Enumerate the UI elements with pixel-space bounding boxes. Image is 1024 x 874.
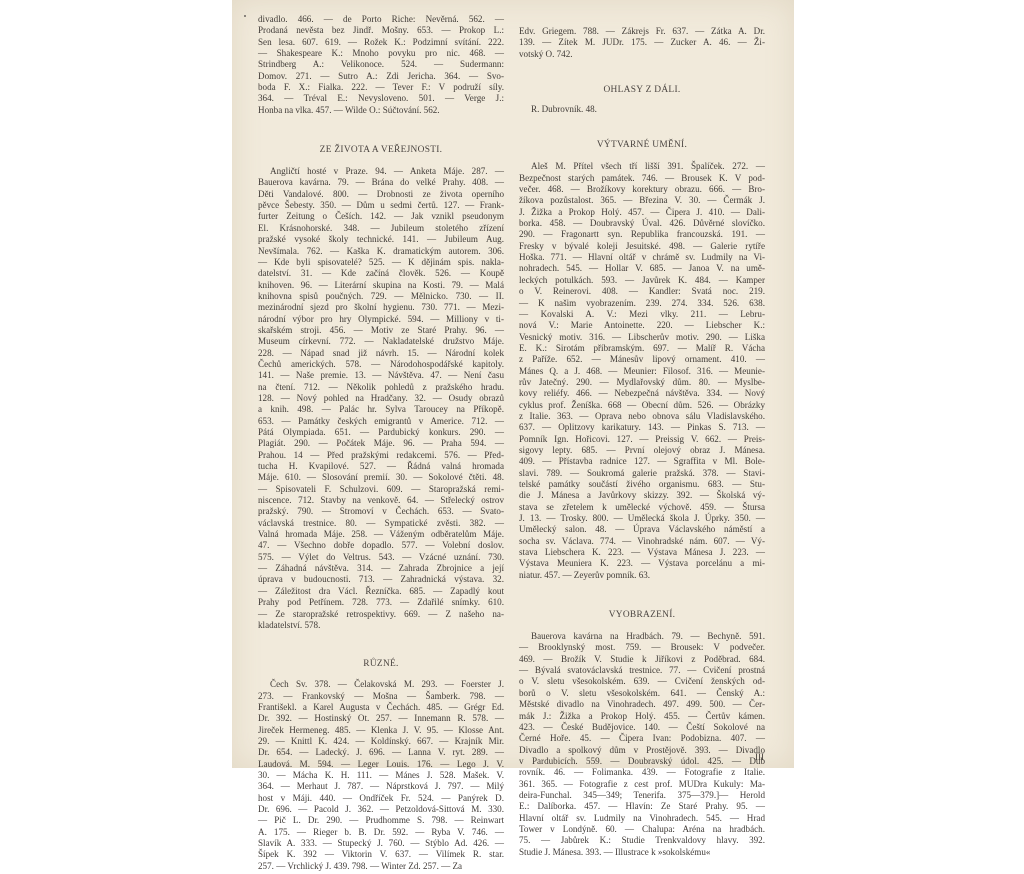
text-line: nová V.: Marie Antoinette. 220. — Liebsc… — [519, 320, 765, 331]
section-lines: Angličtí hosté v Praze. 94. — Anketa Máj… — [258, 166, 504, 631]
text-line: Prahou. 14 — Před pražskými redakcemi. 5… — [258, 450, 504, 461]
text-line: — Spisovateli F. Schulzovi. 609. — Staro… — [258, 484, 504, 495]
text-line: Bauerova kavárna na Hradbách. 79. — Bech… — [519, 631, 765, 642]
section-continuation-right: Edv. Griegem. 788. — Zákrejs Fr. 637. — … — [519, 0, 765, 60]
text-line: 423. — České Budějovice. 140. — Čeští So… — [519, 722, 765, 733]
text-line: Strindberg A.: Velikonoce. 524. — Suderm… — [258, 59, 504, 70]
text-line: niscence. 712. Stavby na venkově. 64. — … — [258, 495, 504, 506]
text-line: rův Jatečný. 290. — Mydlařovský dům. 80.… — [519, 377, 765, 388]
text-line: Umělecký salon. 48. — Úprava Václavského… — [519, 524, 765, 535]
text-line: skařském stroji. 456. — Motiv ze Staré P… — [258, 325, 504, 336]
text-line: a knih. 498. — Palác hr. Sylva Taroucey … — [258, 404, 504, 415]
text-line: J. Žižka a Prokop Holý. 457. — Čipera J.… — [519, 207, 765, 218]
text-line: borů o V. sletu všesokolském. 641. — Čen… — [519, 688, 765, 699]
text-line: — Kde byli spisovatelé? 525. — K dějinám… — [258, 257, 504, 268]
text-line: Bezpečnost starých památek. 746. — Brous… — [519, 173, 765, 184]
text-line: — Bývalá svatováclavská trestnice. 77. —… — [519, 665, 765, 676]
text-line: 469. — Brožík V. Studie k Jiříkovi z Pod… — [519, 654, 765, 665]
section-heading: OHLASY Z DÁLI. — [519, 85, 765, 97]
text-line: niatur. 457. — Zeyerův pomník. 63. — [519, 570, 765, 581]
text-line: — Záhadná návštěva. 314. — Zahrada Zbroj… — [258, 563, 504, 574]
text-line: Dr. 392. — Hostinský Ot. 257. — Innemann… — [258, 713, 504, 724]
text-line: Jireček Hermeneg. 485. — Klenka J. V. 95… — [258, 725, 504, 736]
text-line: Nevšímala. 762. — Kaška K. dramatickým a… — [258, 246, 504, 257]
section-vytvarne-umeni: VÝTVARNÉ UMĚNÍ. Aleš M. Přítel všech tří… — [519, 117, 765, 581]
section-lines: Aleš M. Přítel všech tří lišší 391. Špal… — [519, 161, 765, 581]
text-line: Sen lesa. 607. 619. — Rožek K.: Podzimní… — [258, 37, 504, 48]
text-line: Hoška. 771. — Hlavní oltář v chrámě sv. … — [519, 252, 765, 263]
text-line: na čtení. 712. — Několik pohledů z pražs… — [258, 382, 504, 393]
section-lines: Bauerova kavárna na Hradbách. 79. — Bech… — [519, 631, 765, 768]
text-line: 409. — Přístavba radnice 127. — Sgraffit… — [519, 456, 765, 467]
text-line: nohradech. 545. — Hollar V. 685. — Janoa… — [519, 263, 765, 274]
text-line: Domov. 271. — Sutro A.: Zdi Jericha. 364… — [258, 71, 504, 82]
text-line: Fresky v bývalé koleji Jesuitské. 498. —… — [519, 241, 765, 252]
text-line: socha sv. Václava. 774. — Vinohradské ná… — [519, 536, 765, 547]
text-line: R. Dubrovník. 48. — [519, 104, 765, 115]
section-continuation-left: divadlo. 466. — de Porto Riche: Nevěrná.… — [258, 0, 504, 116]
text-line: votský O. 742. — [519, 49, 765, 60]
text-line: kovy reliéfy. 466. — Nebezpečná návštěva… — [519, 388, 765, 399]
text-line: datelství. 31. — Kde začíná člověk. 526.… — [258, 268, 504, 279]
page-number: III — [755, 752, 764, 762]
text-line: Prahy pod Petřínem. 728. 773. — Zdařilé … — [258, 597, 504, 608]
text-line: Laudová. M. 594. — Leger Louis. 176. — L… — [258, 759, 504, 768]
section-heading: ZE ŽIVOTA A VEŘEJNOSTI. — [258, 145, 504, 157]
text-line: 29. — Knittl K. 424. — Koldínský. 667. —… — [258, 736, 504, 747]
text-line: Plagiát. 290. — Počátek Máje. 96. — Prah… — [258, 438, 504, 449]
text-line: E. K.: Sirotám příbramským. 697. — Malíř… — [519, 343, 765, 354]
text-line: divadlo. 466. — de Porto Riche: Nevěrná.… — [258, 14, 504, 25]
text-line: Divadlo a spolkový dům v Prostějově. 393… — [519, 745, 765, 756]
text-line: Dr. 654. — Ladecký. J. 696. — Lanna V. r… — [258, 747, 504, 758]
left-column: divadlo. 466. — de Porto Riche: Nevěrná.… — [258, 0, 504, 768]
text-line: pěvce Šebesty. 350. — Dům u sedmi čertů.… — [258, 200, 504, 211]
text-line: národní výbor pro hry Olympické. 594. — … — [258, 314, 504, 325]
text-line: Františekl. a Karel Augusta v Čechách. 4… — [258, 702, 504, 713]
text-line: pražský. 790. — Stromoví v Čechách. 653.… — [258, 506, 504, 517]
text-line: 364. — Tréval E.: Nevysloveno. 501. — Ve… — [258, 93, 504, 104]
text-line: 139. — Zítek M. JUDr. 175. — Zucker A. 4… — [519, 37, 765, 48]
text-line: slavi. 789. — Soukromá galerie pražská. … — [519, 468, 765, 479]
text-line: v Pardubicích. 559. — Doubravský údol. 4… — [519, 756, 765, 767]
text-line: 575. — Výlet do Veltrus. 543. — Vzácné u… — [258, 552, 504, 563]
text-line: — K našim vyobrazením. 239. 274. 334. 52… — [519, 298, 765, 309]
scanned-page: divadlo. 466. — de Porto Riche: Nevěrná.… — [232, 0, 794, 768]
text-line: o V. sletu všesokolském. 639. — Cvičení … — [519, 676, 765, 687]
text-line: telské památky součástí živého organismu… — [519, 479, 765, 490]
text-line: 128. — Nový pohled na Hradčany. 32. — Os… — [258, 393, 504, 404]
text-line: — Záležitost dra Václ. Řezníčka. 685. — … — [258, 586, 504, 597]
text-line: Honba na vlka. 457. — Wilde O.: Súčtován… — [258, 105, 504, 116]
section-heading: VYOBRAZENÍ. — [519, 610, 765, 622]
text-line: boda F. X.: Fialka. 222. — Tever F.: V p… — [258, 82, 504, 93]
text-line: Máje. 610. — Slosování premií. 30. — Sok… — [258, 472, 504, 483]
text-line: stava se zřetelem k umělecké výchově. 45… — [519, 502, 765, 513]
section-vyobrazeni: VYOBRAZENÍ. Bauerova kavárna na Hradbách… — [519, 583, 765, 768]
text-line: J. 13. — Trosky. 800. — Umělecká škola J… — [519, 513, 765, 524]
section-heading: VÝTVARNÉ UMĚNÍ. — [519, 140, 765, 152]
text-line: žíkova pozůstalost. 365. — Březina V. 30… — [519, 195, 765, 206]
text-line: úprava v budoucnosti. 713. — Zahradnická… — [258, 574, 504, 585]
text-line: stava Liebschera K. 223. — Výstava Mánes… — [519, 547, 765, 558]
text-line: knihoven. 96. — Literární skupina na Kos… — [258, 280, 504, 291]
text-line: — Shakespeare K.: Mnoho povyku pro nic. … — [258, 48, 504, 59]
margin-speck — [244, 15, 246, 17]
text-line: Výstava Meuniera K. 223. — Výstava porce… — [519, 558, 765, 569]
text-line: Bauerova kavárna. 79. — Brána do velké P… — [258, 177, 504, 188]
text-line: leckých potulkách. 593. — Javůrek K. 484… — [519, 275, 765, 286]
section-lines: Edv. Griegem. 788. — Zákrejs Fr. 637. — … — [519, 26, 765, 60]
text-line: cyklus prof. Ženíška. 668 — Obecní dům. … — [519, 400, 765, 411]
text-line: Čech Sv. 378. — Čelakovská M. 293. — Foe… — [258, 679, 504, 690]
text-line: — Kovalski A. V.: Mezi vlky. 211. — Lebr… — [519, 309, 765, 320]
text-line: 228. — Nápad snad již návrh. 15. — Národ… — [258, 348, 504, 359]
text-line: sigovy lepty. 685. — První olejový obraz… — [519, 445, 765, 456]
text-line: pražské vysoké školy technické. 141. — J… — [258, 234, 504, 245]
text-line: die J. Mánesa a Javůrkovy skizzy. 392. —… — [519, 490, 765, 501]
text-line: večer. 468. — Brožíkovy korektury obrazu… — [519, 184, 765, 195]
text-line: Valná hromada Máje. 258. — Váženým odběr… — [258, 529, 504, 540]
section-lines: R. Dubrovník. 48. — [519, 104, 765, 115]
text-line: Pomník Ign. Hořicovi. 127. — Preissig V.… — [519, 434, 765, 445]
text-line: Děti Vandalové. 800. — Drobnosti ze živo… — [258, 189, 504, 200]
text-line: 47. — Všechno dobře dopadlo. 577. — Vole… — [258, 540, 504, 551]
text-line: Čechů amerických. 578. — Národohospodářs… — [258, 359, 504, 370]
text-line: tucha H. Kvapilové. 527. — Řádná valná h… — [258, 461, 504, 472]
text-line: 653. — Památky českých emigrantů v Ameri… — [258, 416, 504, 427]
section-ze-zivota: ZE ŽIVOTA A VEŘEJNOSTI. Angličtí hosté v… — [258, 118, 504, 631]
text-line: 141. — Naše premie. 13. — Návštěva. 47. … — [258, 370, 504, 381]
text-line: mezinárodní sjezd pro školní hygienu. 73… — [258, 302, 504, 313]
right-column: Edv. Griegem. 788. — Zákrejs Fr. 637. — … — [519, 0, 765, 768]
text-line: Aleš M. Přítel všech tří lišší 391. Špal… — [519, 161, 765, 172]
text-line: — Brooklynský most. 759. — Brousek: V po… — [519, 642, 765, 653]
text-line: El. Krásnohorské. 348. — Jubileum stolet… — [258, 223, 504, 234]
text-line: furter Zeitung o Češích. 142. — Jak vzni… — [258, 211, 504, 222]
text-line: václavská trestnice. 80. — Sympatické zv… — [258, 518, 504, 529]
text-line: 273. — Frankovský — Mošna — Šamberk. 798… — [258, 691, 504, 702]
section-heading: RŮZNÉ. — [258, 659, 504, 671]
text-line: — Ze staropražské retrospektivy. 669. — … — [258, 609, 504, 620]
text-line: Museum církevní. 772. — Nakladatelské dr… — [258, 336, 504, 347]
section-ohlasy: OHLASY Z DÁLI. R. Dubrovník. 48. — [519, 62, 765, 115]
text-line: Prodaná nevěsta bez Jindř. Mošny. 653. —… — [258, 25, 504, 36]
text-line: Angličtí hosté v Praze. 94. — Anketa Máj… — [258, 166, 504, 177]
text-line: Pátá Olympiada. 651. — Pardubický konkur… — [258, 427, 504, 438]
text-line: Vesnický motiv. 316. — Libscherův motiv.… — [519, 332, 765, 343]
text-line: Městské divadlo na Vinohradech. 497. 499… — [519, 699, 765, 710]
text-line: kladatelství. 578. — [258, 620, 504, 631]
text-line: z Italie. 363. — Oprava nebo obnova sálu… — [519, 411, 765, 422]
text-line: o V. Reinerovi. 408. — Kandler: Svatá no… — [519, 286, 765, 297]
text-line: Mánes Q. a J. 468. — Meunier: Filosof. 3… — [519, 366, 765, 377]
text-line: mák J.: Žižka a Prokop Holý. 455. — Čert… — [519, 711, 765, 722]
section-ruzne: RŮZNÉ. Čech Sv. 378. — Čelakovská M. 293… — [258, 633, 504, 768]
text-line: z Paříže. 652. — Mánesův lipový ornament… — [519, 354, 765, 365]
text-line: borka. 458. — Doubravský Úval. 426. Důvě… — [519, 218, 765, 229]
text-line: Edv. Griegem. 788. — Zákrejs Fr. 637. — … — [519, 26, 765, 37]
text-line: 637. — Oplitzovy karikatury. 143. — Pink… — [519, 422, 765, 433]
text-line: 290. — Fragonartt syn. Republika francou… — [519, 229, 765, 240]
section-lines: divadlo. 466. — de Porto Riche: Nevěrná.… — [258, 14, 504, 116]
text-line: knihovna spisů poučných. 729. — Mělnicko… — [258, 291, 504, 302]
section-lines: Čech Sv. 378. — Čelakovská M. 293. — Foe… — [258, 679, 504, 768]
text-line: Černé Hoře. 45. — Čipera Ivan: Podobizna… — [519, 733, 765, 744]
